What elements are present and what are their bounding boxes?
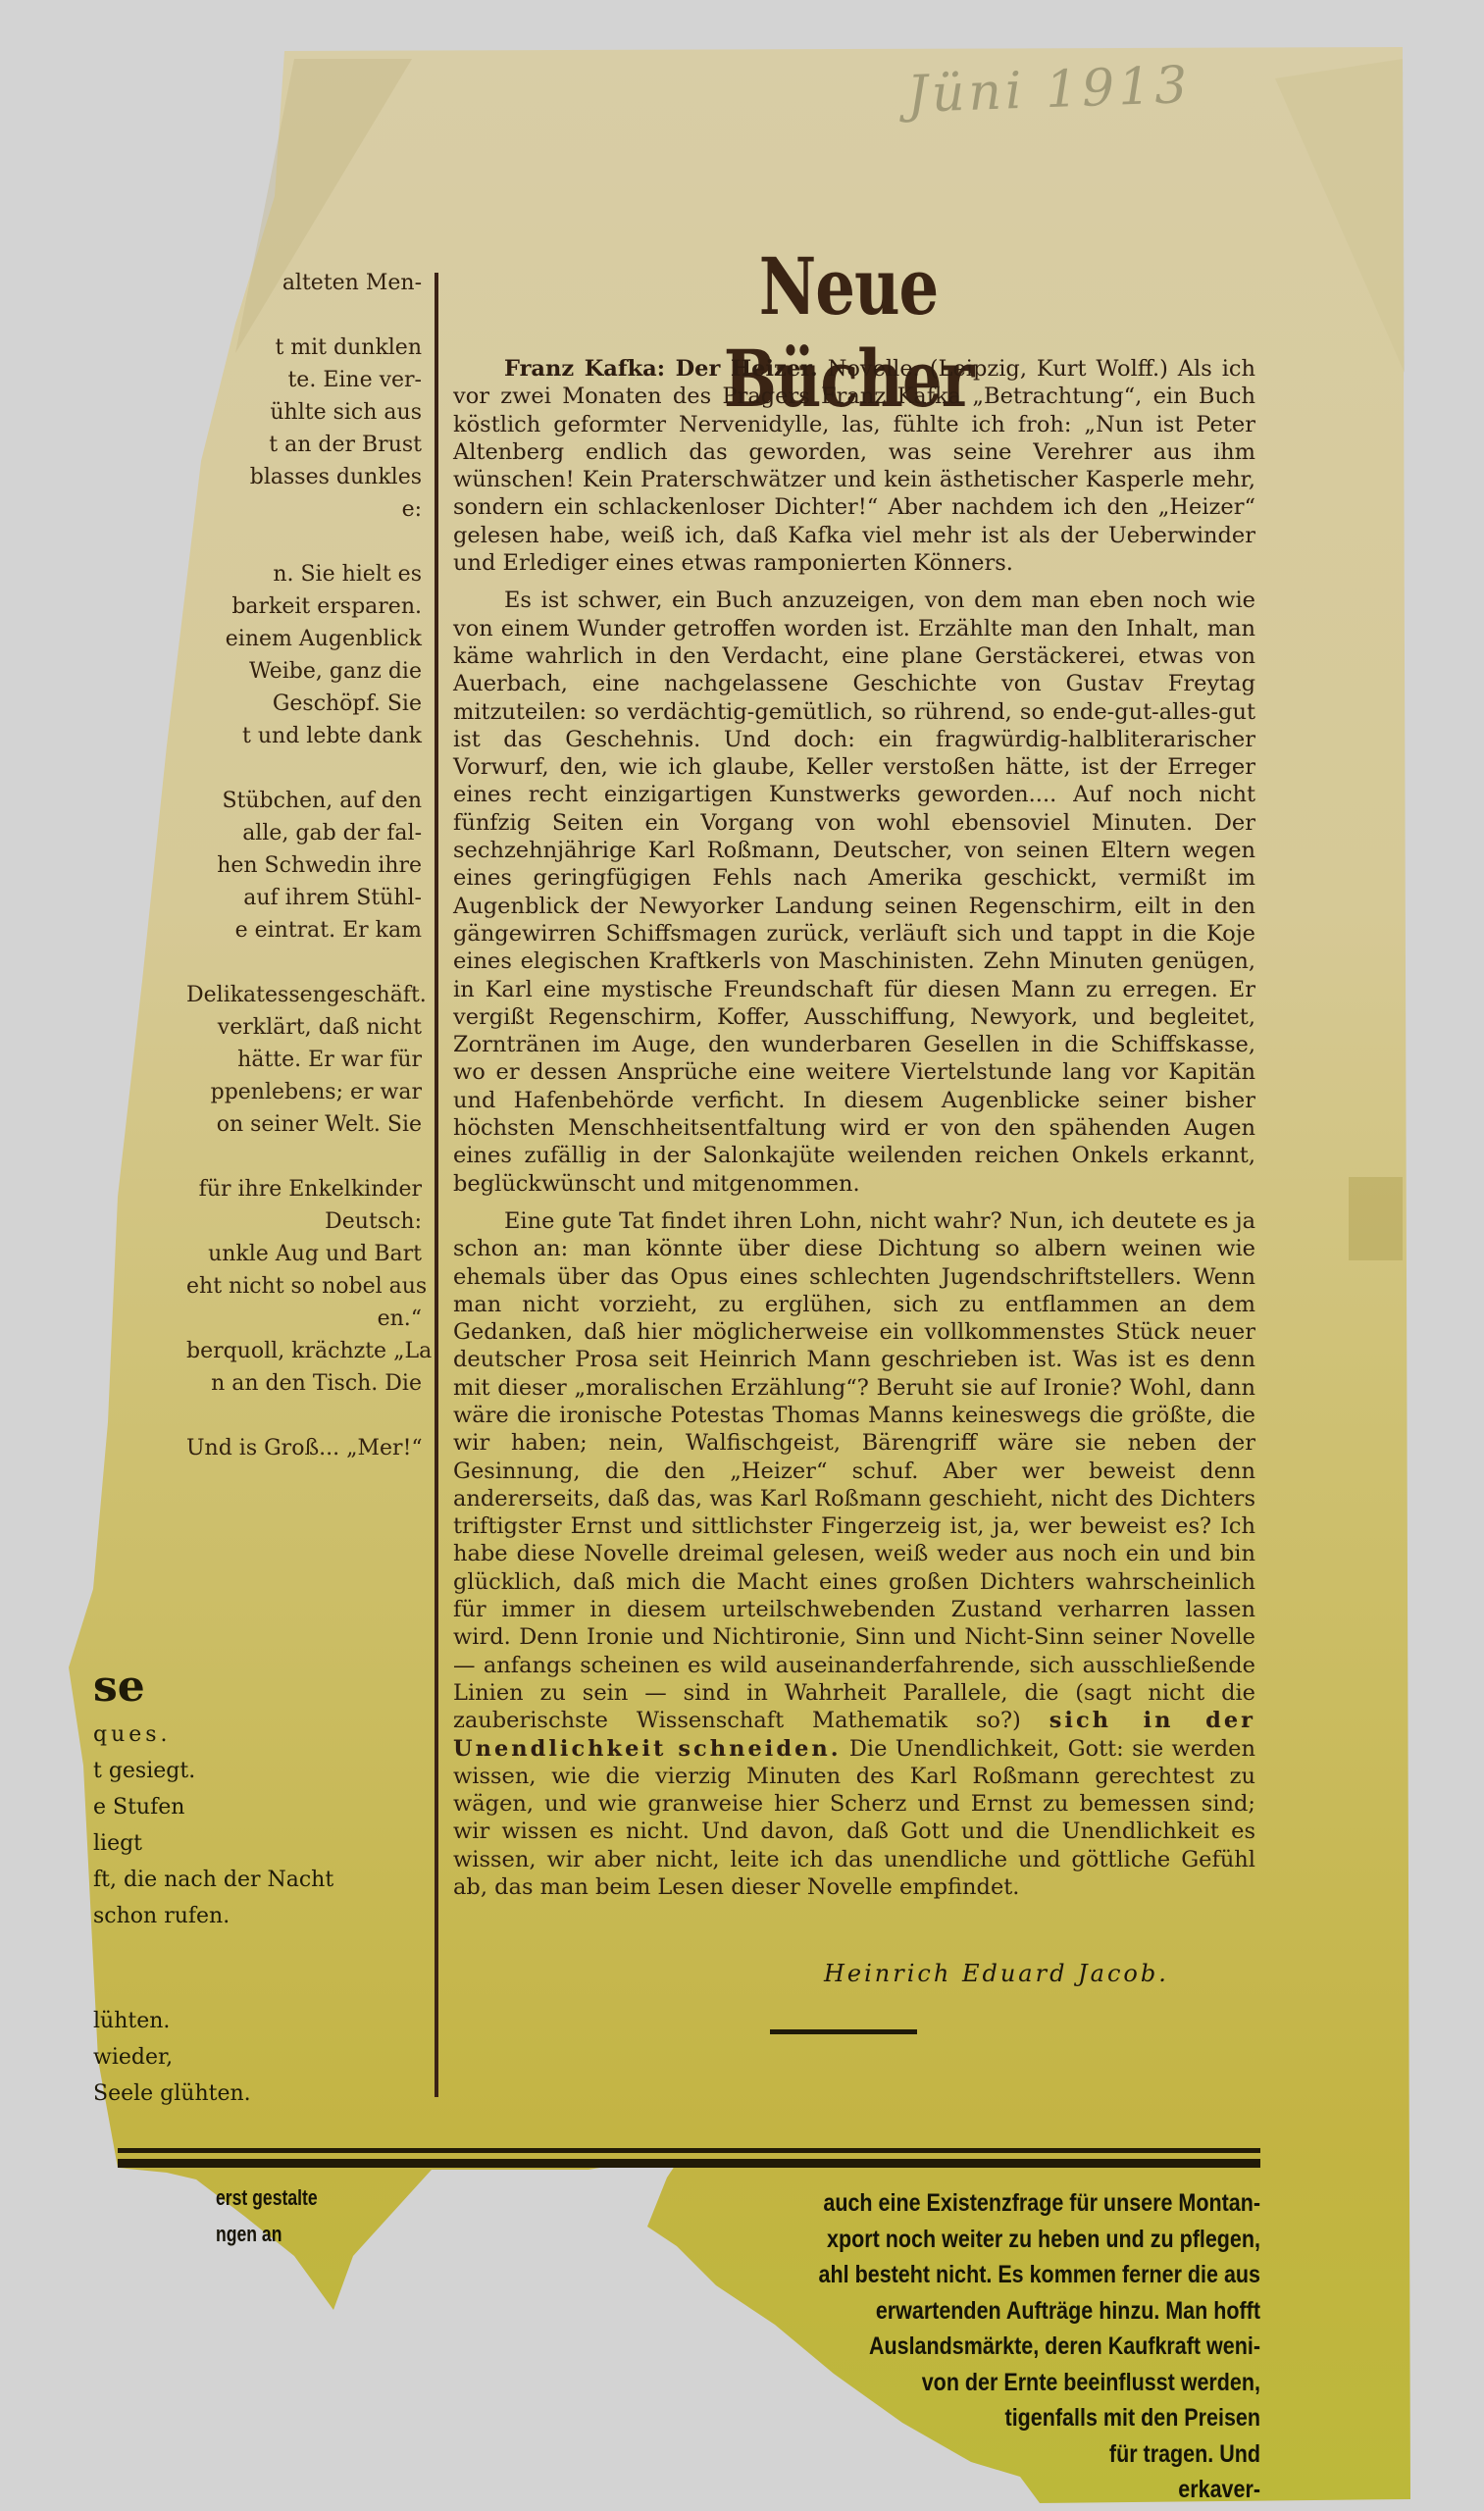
- line-gap: [186, 1400, 422, 1432]
- left-column-line: Geschöpf. Sie: [186, 688, 422, 720]
- review-paragraph-2: Es ist schwer, ein Buch anzuzeigen, von …: [453, 587, 1255, 1198]
- poem-line: schon rufen.: [93, 1898, 407, 1934]
- author-signature: Heinrich Eduard Jacob.: [824, 1960, 1169, 1987]
- left-column-line: verklärt, daß nicht: [186, 1011, 422, 1044]
- left-column-line: Stübchen, auf den: [186, 785, 422, 817]
- newspaper-clipping: Jüni 1913 Neue Bücher alteten Men-t mit …: [0, 0, 1484, 2511]
- bottom-right-line: von der Ernte beeinflusst werden,: [721, 2365, 1260, 2401]
- bottom-right-line: für tragen. Und: [721, 2436, 1260, 2473]
- line-gap: [186, 299, 422, 332]
- bottom-right-line: tigenfalls mit den Preisen: [721, 2400, 1260, 2436]
- review-lead-text: Novelle. (Leipzig, Kurt Wolff.) Als ich …: [453, 356, 1255, 576]
- left-column-line: Weibe, ganz die: [186, 655, 422, 688]
- line-gap: [186, 947, 422, 979]
- left-column-line: barkeit ersparen.: [186, 590, 422, 623]
- review-paragraph-3-start: Eine gute Tat findet ihren Lohn, nicht w…: [453, 1208, 1255, 1733]
- left-column-line: einem Augenblick: [186, 623, 422, 655]
- bottom-right-line: Auslandsmärkte, deren Kaufkraft weni-: [721, 2329, 1260, 2365]
- bottom-left-line: ngen an: [216, 2216, 318, 2252]
- left-column-line: e:: [186, 493, 422, 526]
- poem-line: lühten.: [93, 2003, 407, 2039]
- left-column-line: unkle Aug und Bart: [186, 1238, 422, 1270]
- review-paragraph-3: Eine gute Tat findet ihren Lohn, nicht w…: [453, 1207, 1255, 1901]
- poem-heading: se: [93, 1658, 407, 1717]
- left-column-line: Deutsch:: [186, 1205, 422, 1238]
- left-column-line: en.“: [186, 1303, 422, 1335]
- left-column-line: e eintrat. Er kam: [186, 914, 422, 947]
- left-column-line: für ihre Enkelkinder: [186, 1173, 422, 1205]
- poem-subheading: ques.: [93, 1717, 407, 1753]
- left-column-line: alle, gab der fal-: [186, 817, 422, 849]
- poem-line: ft, die nach der Nacht: [93, 1862, 407, 1898]
- poem-line: wieder,: [93, 2039, 407, 2075]
- poem-line: liegt: [93, 1825, 407, 1862]
- review-lead: Franz Kafka: Der Heizer.: [504, 356, 818, 382]
- line-gap: [186, 526, 422, 558]
- left-column-line: hätte. Er war für: [186, 1044, 422, 1076]
- left-column-line: auf ihrem Stühl-: [186, 882, 422, 914]
- left-poem-fragment: se ques. t gesiegt.e Stufenliegtft, die …: [93, 1658, 407, 2112]
- left-column-line: t und lebte dank: [186, 720, 422, 752]
- left-column-line: n an den Tisch. Die: [186, 1367, 422, 1400]
- bottom-right-line: erwartenden Aufträge hinzu. Man hofft: [721, 2293, 1260, 2330]
- double-rule-divider: [118, 2148, 1260, 2168]
- left-column-fragment: alteten Men-t mit dunklente. Eine ver-üh…: [186, 267, 422, 1464]
- bottom-left-fragment: erst gestaltengen an: [216, 2179, 318, 2252]
- bottom-right-line: erkaver-: [721, 2472, 1260, 2508]
- poem-line: Seele glühten.: [93, 2075, 407, 2112]
- left-column-line: ppenlebens; er war: [186, 1076, 422, 1108]
- handwritten-date: Jüni 1913: [906, 56, 1192, 125]
- left-column-line: on seiner Welt. Sie: [186, 1108, 422, 1141]
- bottom-right-line: auch eine Existenzfrage für unsere Monta…: [721, 2185, 1260, 2222]
- column-divider: [435, 273, 438, 2097]
- left-column-line: Und is Groß... „Mer!“: [186, 1432, 422, 1464]
- left-column-line: ühlte sich aus: [186, 396, 422, 429]
- review-paragraph-1: Franz Kafka: Der Heizer. Novelle. (Leipz…: [453, 355, 1255, 577]
- left-column-line: berquoll, krächzte „La: [186, 1335, 422, 1367]
- bottom-right-line: xport noch weiter zu heben und zu pflege…: [721, 2222, 1260, 2258]
- bottom-right-fragment: auch eine Existenzfrage für unsere Monta…: [633, 2185, 1260, 2508]
- line-gap: [186, 1141, 422, 1173]
- left-column-line: n. Sie hielt es: [186, 558, 422, 590]
- poem-line: t gesiegt.: [93, 1753, 407, 1789]
- left-column-line: alteten Men-: [186, 267, 422, 299]
- bottom-left-line: erst gestalte: [216, 2179, 318, 2216]
- bottom-right-line: ahl besteht nicht. Es kommen ferner die …: [721, 2257, 1260, 2293]
- left-column-line: eht nicht so nobel aus: [186, 1270, 422, 1303]
- left-column-line: blasses dunkles: [186, 461, 422, 493]
- line-gap: [186, 752, 422, 785]
- poem-line: e Stufen: [93, 1789, 407, 1825]
- left-column-line: t an der Brust: [186, 429, 422, 461]
- book-review-article: Franz Kafka: Der Heizer. Novelle. (Leipz…: [453, 355, 1255, 1911]
- left-column-line: te. Eine ver-: [186, 364, 422, 396]
- left-column-line: t mit dunklen: [186, 332, 422, 364]
- left-column-line: Delikatessengeschäft.: [186, 979, 422, 1011]
- left-column-line: hen Schwedin ihre: [186, 849, 422, 882]
- end-rule: [770, 2029, 917, 2034]
